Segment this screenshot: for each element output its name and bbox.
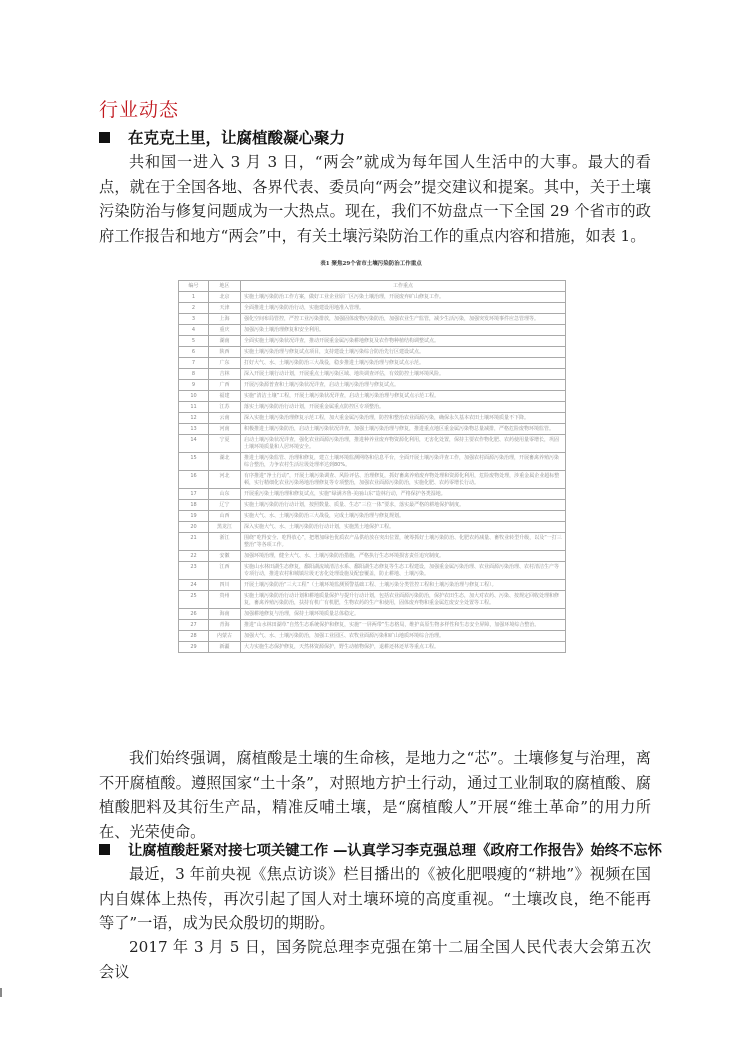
row-focus: 开展重污染土壤治理和修复试点，实施“绿满齐鲁·美丽山东”造林行动，严格保护各类湿… <box>241 489 566 500</box>
row-focus: 积极推进土壤污染防治，启动土壤污染状况详查，加强土壤污染治理与修复，推进重点地区… <box>241 424 566 435</box>
row-region: 湖南 <box>209 336 241 347</box>
row-region: 海南 <box>209 609 241 620</box>
table-row: 28内蒙古加强大气、水、土壤污染防治，加强工业园区、农牧业面源污染和矿山地质环境… <box>179 631 566 642</box>
row-focus: 实施土壤污染防治行动计划，按照数量、质量、生态“三位一体”要求，落实最严格的耕地… <box>241 500 566 511</box>
row-number: 3 <box>179 314 209 325</box>
row-number: 24 <box>179 580 209 591</box>
table-row: 10福建实施“清洁土壤”工程，开展土壤污染状况详查，启动土壤污染治理与修复试点示… <box>179 391 566 402</box>
table-row: 27青海推进“山水林田湖草”自然生态系统保护和修复，实施“一屏两带”生态格局，维… <box>179 620 566 631</box>
square-bullet-icon <box>99 844 110 855</box>
row-focus: 加强耕地修复与治理，保持土壤环境质量总体稳定。 <box>241 609 566 620</box>
row-number: 16 <box>179 471 209 489</box>
row-focus: 深入开展土壤行动计划，开展重点土壤污染区域、地块调查评估，有效防控土壤环境风险。 <box>241 369 566 380</box>
row-number: 21 <box>179 533 209 551</box>
header-focus: 工作重点 <box>241 281 566 292</box>
row-number: 7 <box>179 358 209 369</box>
table-row: 21浙江围绕“吃得安全、吃得放心”，把增加绿色优质农产品供给放在突出位置，统筹抓… <box>179 533 566 551</box>
table-row: 11江苏落实土壤污染防治行动计划，开展重金属重点防控区专项整治。 <box>179 402 566 413</box>
row-region: 福建 <box>209 391 241 402</box>
row-region: 河北 <box>209 471 241 489</box>
table-row: 26海南加强耕地修复与治理，保持土壤环境质量总体稳定。 <box>179 609 566 620</box>
row-region: 青海 <box>209 620 241 631</box>
row-number: 13 <box>179 424 209 435</box>
row-number: 10 <box>179 391 209 402</box>
table-row: 29新疆大力实施生态保护修复，天然林资源保护，野生动植物保护，退耕还林还草等重点… <box>179 642 566 653</box>
row-number: 12 <box>179 413 209 424</box>
table-row: 2天津全面推进土壤污染防治行动，实施建设用地准入管理。 <box>179 303 566 314</box>
row-number: 18 <box>179 500 209 511</box>
row-region: 辽宁 <box>209 500 241 511</box>
table-row: 7广东打好大气、水、土壤污染防治三大战役，稳步推进土壤污染治理与修复试点示范。 <box>179 358 566 369</box>
table-1: 表1 聚焦29个省市土壤污染防治工作重点 编号 地区 工作重点 1北京实施土壤污… <box>176 259 566 653</box>
row-focus: 实施土壤污染治理与修复试点项目，支持建设土壤污染综合防治先行区建设试点。 <box>241 347 566 358</box>
table-row: 23江西实施山水林田湖生态修复，鄱阳湖流域清洁水系、鄱阳湖生态修复等生态工程建设… <box>179 562 566 580</box>
table-row: 3上海强化空间布局管控，严控工业污染排放，加强固体废物污染防治，加强农业生产监管… <box>179 314 566 325</box>
row-region: 四川 <box>209 580 241 591</box>
row-region: 云南 <box>209 413 241 424</box>
row-focus: 启动土壤污染状况详查，强化农业面源污染治理，推进种养业废弃物资源化利用，无害化处… <box>241 435 566 453</box>
table-row: 17山东开展重污染土壤治理和修复试点，实施“绿满齐鲁·美丽山东”造林行动，严格保… <box>179 489 566 500</box>
square-bullet-icon <box>99 132 110 143</box>
row-focus: 加强污染土壤治理修复和安全利用。 <box>241 325 566 336</box>
row-number: 26 <box>179 609 209 620</box>
row-focus: 实施土壤污染防治工作方案，做好工业企业原厂区污染土壤治理，开展废弃矿山修复工作。 <box>241 292 566 303</box>
row-focus: 加强环境治理，健全大气、水、土壤污染防治措施，严格执行生态环境损害责任追究制度。 <box>241 551 566 562</box>
row-number: 9 <box>179 380 209 391</box>
row-focus: 实施山水林田湖生态修复，鄱阳湖流域清洁水系、鄱阳湖生态修复等生态工程建设，加强重… <box>241 562 566 580</box>
row-region: 广东 <box>209 358 241 369</box>
row-number: 20 <box>179 522 209 533</box>
row-region: 贵州 <box>209 591 241 609</box>
table-soil-pollution: 编号 地区 工作重点 1北京实施土壤污染防治工作方案，做好工业企业原厂区污染土壤… <box>178 280 566 653</box>
row-region: 江西 <box>209 562 241 580</box>
row-number: 27 <box>179 620 209 631</box>
row-region: 新疆 <box>209 642 241 653</box>
table-row: 15湖北推进土壤污染监管、治理和修复，建立土壤环境监测网络和信息平台，全面开展土… <box>179 453 566 471</box>
table-row: 16河北有序推进“净土行动”，开展土壤污染调查、风险评估、治理修复，抓好畜禽养殖… <box>179 471 566 489</box>
row-region: 重庆 <box>209 325 241 336</box>
article1-heading: 在克克土里，让腐植酸凝心聚力 <box>99 126 345 148</box>
table-row: 18辽宁实施土壤污染防治行动计划，按照数量、质量、生态“三位一体”要求，落实最严… <box>179 500 566 511</box>
table-row: 22安徽加强环境治理，健全大气、水、土壤污染防治措施，严格执行生态环境损害责任追… <box>179 551 566 562</box>
table-row: 20黑龙江深入实施大气、水、土壤污染防治行动计划，实施黑土地保护工程。 <box>179 522 566 533</box>
article2-paragraph-2: 2017 年 3 月 5 日，国务院总理李克强在第十二届全国人民代表大会第五次会… <box>99 935 651 984</box>
row-number: 15 <box>179 453 209 471</box>
row-focus: 实施土壤污染防治行动计划和耕地质量保护与提升行动计划，包括农业面源污染防治，保护… <box>241 591 566 609</box>
row-number: 23 <box>179 562 209 580</box>
row-focus: 全面推进土壤污染防治行动，实施建设用地准入管理。 <box>241 303 566 314</box>
row-focus: 大力实施生态保护修复，天然林资源保护，野生动植物保护，退耕还林还草等重点工程。 <box>241 642 566 653</box>
table-row: 14宁夏启动土壤污染状况详查，强化农业面源污染治理，推进种养业废弃物资源化利用，… <box>179 435 566 453</box>
table-row: 12云南深入实施土壤污染治理修复示范工程，加大重金属污染治理，防控和整治农业面源… <box>179 413 566 424</box>
table-row: 19山西实施大气、水、土壤污染防治三大战役，完成土壤污染治理与修复规划。 <box>179 511 566 522</box>
table-body: 1北京实施土壤污染防治工作方案，做好工业企业原厂区污染土壤治理，开展废弃矿山修复… <box>179 292 566 653</box>
row-number: 5 <box>179 336 209 347</box>
row-focus: 实施大气、水、土壤污染防治三大战役，完成土壤污染治理与修复规划。 <box>241 511 566 522</box>
row-focus: 围绕“吃得安全、吃得放心”，把增加绿色优质农产品供给放在突出位置，统筹抓好土壤污… <box>241 533 566 551</box>
document-page: 行业动态 在克克土里，让腐植酸凝心聚力 共和国一进入 3 月 3 日，“两会”就… <box>0 0 749 1060</box>
row-focus: 强化空间布局管控，严控工业污染排放，加强固体废物污染防治，加强农业生产监管，减少… <box>241 314 566 325</box>
row-focus: 有序推进“净土行动”，开展土壤污染调查、风险评估、治理修复，抓好畜禽养殖废弃物处… <box>241 471 566 489</box>
article1-heading-text: 在克克土里，让腐植酸凝心聚力 <box>128 129 345 147</box>
row-focus: 推进“山水林田湖草”自然生态系统保护和修复，实施“一屏两带”生态格局，维护高原生… <box>241 620 566 631</box>
article2-heading: 让腐植酸赶紧对接七项关键工作 —认真学习李克强总理《政府工作报告》始终不忘怀 <box>99 840 662 860</box>
table-row: 1北京实施土壤污染防治工作方案，做好工业企业原厂区污染土壤治理，开展废弃矿山修复… <box>179 292 566 303</box>
row-focus: 深入实施大气、水、土壤污染防治行动计划，实施黑土地保护工程。 <box>241 522 566 533</box>
row-focus: 推进土壤污染监管、治理和修复，建立土壤环境监测网络和信息平台，全面开展土壤污染详… <box>241 453 566 471</box>
row-region: 宁夏 <box>209 435 241 453</box>
row-number: 11 <box>179 402 209 413</box>
table-row: 9广西开展污染源普查和土壤污染状况详查，启动土壤污染治理与修复试点。 <box>179 380 566 391</box>
row-region: 内蒙古 <box>209 631 241 642</box>
row-region: 安徽 <box>209 551 241 562</box>
article2-paragraph-1: 最近，3 年前央视《焦点访谈》栏目播出的《被化肥喂瘦的“耕地”》视频在国内自媒体… <box>99 862 651 936</box>
row-region: 陕西 <box>209 347 241 358</box>
row-number: 4 <box>179 325 209 336</box>
table-header-row: 编号 地区 工作重点 <box>179 281 566 292</box>
row-number: 6 <box>179 347 209 358</box>
table-caption: 表1 聚焦29个省市土壤污染防治工作重点 <box>176 259 566 267</box>
row-number: 17 <box>179 489 209 500</box>
row-focus: 全面实施土壤污染状况详查，推动开展重金属污染耕地修复及农作物种植结构调整试点。 <box>241 336 566 347</box>
row-focus: 打好大气、水、土壤污染防治三大战役，稳步推进土壤污染治理与修复试点示范。 <box>241 358 566 369</box>
row-focus: 深入实施土壤污染治理修复示范工程，加大重金属污染治理，防控和整治农业面源污染，确… <box>241 413 566 424</box>
table-row: 25贵州实施土壤污染防治行动计划和耕地质量保护与提升行动计划，包括农业面源污染防… <box>179 591 566 609</box>
row-focus: 开展土壤污染防治“三大工程”（土壤环境监测预警基础工程、土壤污染分类管控工程和土… <box>241 580 566 591</box>
table-row: 5湖南全面实施土壤污染状况详查，推动开展重金属污染耕地修复及农作物种植结构调整试… <box>179 336 566 347</box>
row-number: 28 <box>179 631 209 642</box>
row-number: 8 <box>179 369 209 380</box>
article1-paragraph-2: 我们始终强调，腐植酸是土壤的生命核，是地力之“芯”。土壤修复与治理，离不开腐植酸… <box>99 746 651 844</box>
page-edge-mark <box>0 988 2 997</box>
row-focus: 加强大气、水、土壤污染防治，加强工业园区、农牧业面源污染和矿山地质环境综合治理。 <box>241 631 566 642</box>
row-region: 浙江 <box>209 533 241 551</box>
row-region: 山东 <box>209 489 241 500</box>
row-region: 山西 <box>209 511 241 522</box>
row-region: 黑龙江 <box>209 522 241 533</box>
table-row: 13河南积极推进土壤污染防治，启动土壤污染状况详查，加强土壤污染治理与修复，推进… <box>179 424 566 435</box>
row-focus: 开展污染源普查和土壤污染状况详查，启动土壤污染治理与修复试点。 <box>241 380 566 391</box>
table-row: 4重庆加强污染土壤治理修复和安全利用。 <box>179 325 566 336</box>
header-no: 编号 <box>179 281 209 292</box>
article1-paragraph-1: 共和国一进入 3 月 3 日，“两会”就成为每年国人生活中的大事。最大的看点，就… <box>99 150 651 248</box>
row-region: 湖北 <box>209 453 241 471</box>
row-region: 天津 <box>209 303 241 314</box>
row-focus: 落实土壤污染防治行动计划，开展重金属重点防控区专项整治。 <box>241 402 566 413</box>
row-region: 吉林 <box>209 369 241 380</box>
row-focus: 实施“清洁土壤”工程，开展土壤污染状况详查，启动土壤污染治理与修复试点示范工程。 <box>241 391 566 402</box>
table-row: 6陕西实施土壤污染治理与修复试点项目，支持建设土壤污染综合防治先行区建设试点。 <box>179 347 566 358</box>
row-region: 上海 <box>209 314 241 325</box>
row-region: 广西 <box>209 380 241 391</box>
row-number: 25 <box>179 591 209 609</box>
header-region: 地区 <box>209 281 241 292</box>
table-row: 24四川开展土壤污染防治“三大工程”（土壤环境监测预警基础工程、土壤污染分类管控… <box>179 580 566 591</box>
table-row: 8吉林深入开展土壤行动计划，开展重点土壤污染区域、地块调查评估，有效防控土壤环境… <box>179 369 566 380</box>
row-region: 北京 <box>209 292 241 303</box>
row-number: 14 <box>179 435 209 453</box>
row-region: 河南 <box>209 424 241 435</box>
row-number: 19 <box>179 511 209 522</box>
row-number: 1 <box>179 292 209 303</box>
row-region: 江苏 <box>209 402 241 413</box>
article2-heading-text: 让腐植酸赶紧对接七项关键工作 —认真学习李克强总理《政府工作报告》始终不忘怀 <box>128 843 662 859</box>
row-number: 22 <box>179 551 209 562</box>
row-number: 2 <box>179 303 209 314</box>
section-title: 行业动态 <box>99 95 179 122</box>
row-number: 29 <box>179 642 209 653</box>
